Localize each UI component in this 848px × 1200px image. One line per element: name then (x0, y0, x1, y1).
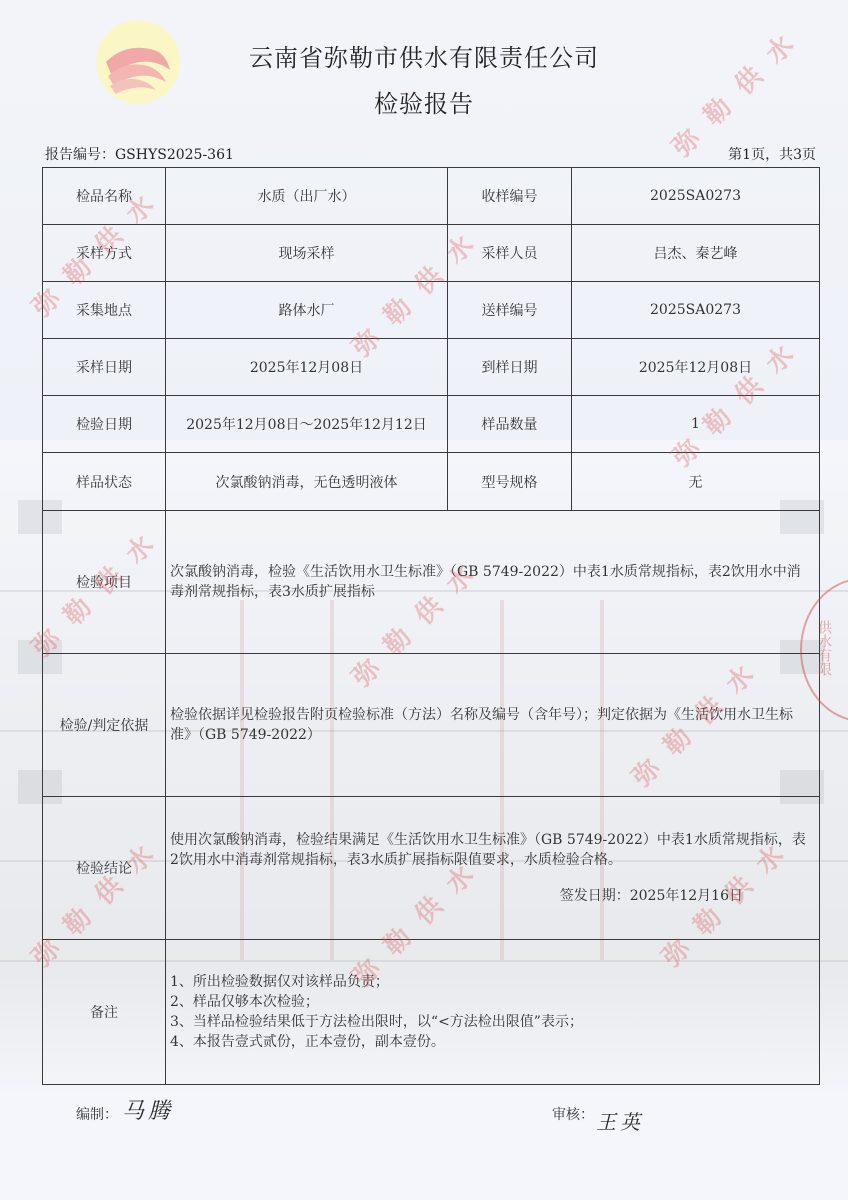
field-value: 2025SA0273 (572, 168, 820, 225)
field-value: 现场采样 (166, 225, 448, 282)
field-value: 水质（出厂水） (166, 168, 448, 225)
field-value: 2025年12月08日 (166, 339, 448, 396)
basis-text: 检验依据详见检验报告附页检验标准（方法）名称及编号（含年号）；判定依据为《生活饮… (166, 654, 820, 797)
field-label: 样品数量 (448, 396, 572, 453)
notes-row: 备注 1、所出检验数据仅对该样品负责； 2、样品仅够本次检验； 3、当样品检验结… (43, 940, 820, 1085)
note-item: 2、样品仅够本次检验； (170, 992, 815, 1012)
field-label: 送样编号 (448, 282, 572, 339)
field-value: 无 (572, 453, 820, 511)
report-number-label: 报告编号： (45, 147, 115, 163)
field-label: 到样日期 (448, 339, 572, 396)
report-table: 检品名称 水质（出厂水） 收样编号 2025SA0273 采样方式 现场采样 采… (42, 167, 820, 1085)
reviewed-by-signature: 王英 (596, 1106, 644, 1135)
compiled-by-signature: 马腾 (122, 1094, 174, 1125)
company-name: 云南省弥勒市供水有限责任公司 (0, 38, 848, 73)
note-item: 4、本报告壹式贰份，正本壹份，副本壹份。 (170, 1032, 815, 1052)
field-label: 采集地点 (43, 282, 166, 339)
inspection-items-text: 次氯酸钠消毒，检验《生活饮用水卫生标准》（GB 5749-2022）中表1水质常… (166, 511, 820, 654)
field-value: 吕杰、秦艺峰 (572, 225, 820, 282)
table-row: 采样方式 现场采样 采样人员 吕杰、秦艺峰 (43, 225, 820, 282)
field-value: 2025SA0273 (572, 282, 820, 339)
conclusion-label: 检验结论 (43, 797, 166, 940)
report-number-value: GSHYS2025-361 (115, 147, 234, 163)
field-label: 采样方式 (43, 225, 166, 282)
table-row: 采集地点 路体水厂 送样编号 2025SA0273 (43, 282, 820, 339)
field-label: 采样日期 (43, 339, 166, 396)
seal-text: 供水有限 (814, 620, 834, 676)
field-value: 2025年12月08日 (572, 339, 820, 396)
conclusion-cell: 使用次氯酸钠消毒，检验结果满足《生活饮用水卫生标准》（GB 5749-2022）… (166, 797, 820, 940)
conclusion-text: 使用次氯酸钠消毒，检验结果满足《生活饮用水卫生标准》（GB 5749-2022）… (170, 830, 813, 870)
field-label: 型号规格 (448, 453, 572, 511)
issue-date: 签发日期：2025年12月16日 (170, 886, 813, 906)
field-label: 收样编号 (448, 168, 572, 225)
table-row: 检验日期 2025年12月08日～2025年12月12日 样品数量 1 (43, 396, 820, 453)
field-value: 2025年12月08日～2025年12月12日 (166, 396, 448, 453)
page-indicator: 第1页，共3页 (728, 144, 816, 164)
conclusion-row: 检验结论 使用次氯酸钠消毒，检验结果满足《生活饮用水卫生标准》（GB 5749-… (43, 797, 820, 940)
field-label: 检品名称 (43, 168, 166, 225)
table-row: 样品状态 次氯酸钠消毒，无色透明液体 型号规格 无 (43, 453, 820, 511)
document-title: 检验报告 (0, 84, 848, 119)
field-label: 检验日期 (43, 396, 166, 453)
compiled-by-label: 编制： (76, 1104, 118, 1124)
field-value: 次氯酸钠消毒，无色透明液体 (166, 453, 448, 511)
basis-label: 检验/判定依据 (43, 654, 166, 797)
inspection-items-row: 检验项目 次氯酸钠消毒，检验《生活饮用水卫生标准》（GB 5749-2022）中… (43, 511, 820, 654)
field-label: 样品状态 (43, 453, 166, 511)
inspection-items-label: 检验项目 (43, 511, 166, 654)
field-value: 1 (572, 396, 820, 453)
table-row: 检品名称 水质（出厂水） 收样编号 2025SA0273 (43, 168, 820, 225)
notes-list: 1、所出检验数据仅对该样品负责； 2、样品仅够本次检验； 3、当样品检验结果低于… (166, 940, 820, 1085)
field-label: 采样人员 (448, 225, 572, 282)
basis-row: 检验/判定依据 检验依据详见检验报告附页检验标准（方法）名称及编号（含年号）；判… (43, 654, 820, 797)
reviewed-by-label: 审核： (552, 1104, 594, 1124)
note-item: 1、所出检验数据仅对该样品负责； (170, 972, 815, 992)
field-value: 路体水厂 (166, 282, 448, 339)
report-number: 报告编号：GSHYS2025-361 (45, 144, 234, 164)
table-row: 采样日期 2025年12月08日 到样日期 2025年12月08日 (43, 339, 820, 396)
note-item: 3、当样品检验结果低于方法检出限时，以“<方法检出限值”表示； (170, 1012, 815, 1032)
notes-label: 备注 (43, 940, 166, 1085)
